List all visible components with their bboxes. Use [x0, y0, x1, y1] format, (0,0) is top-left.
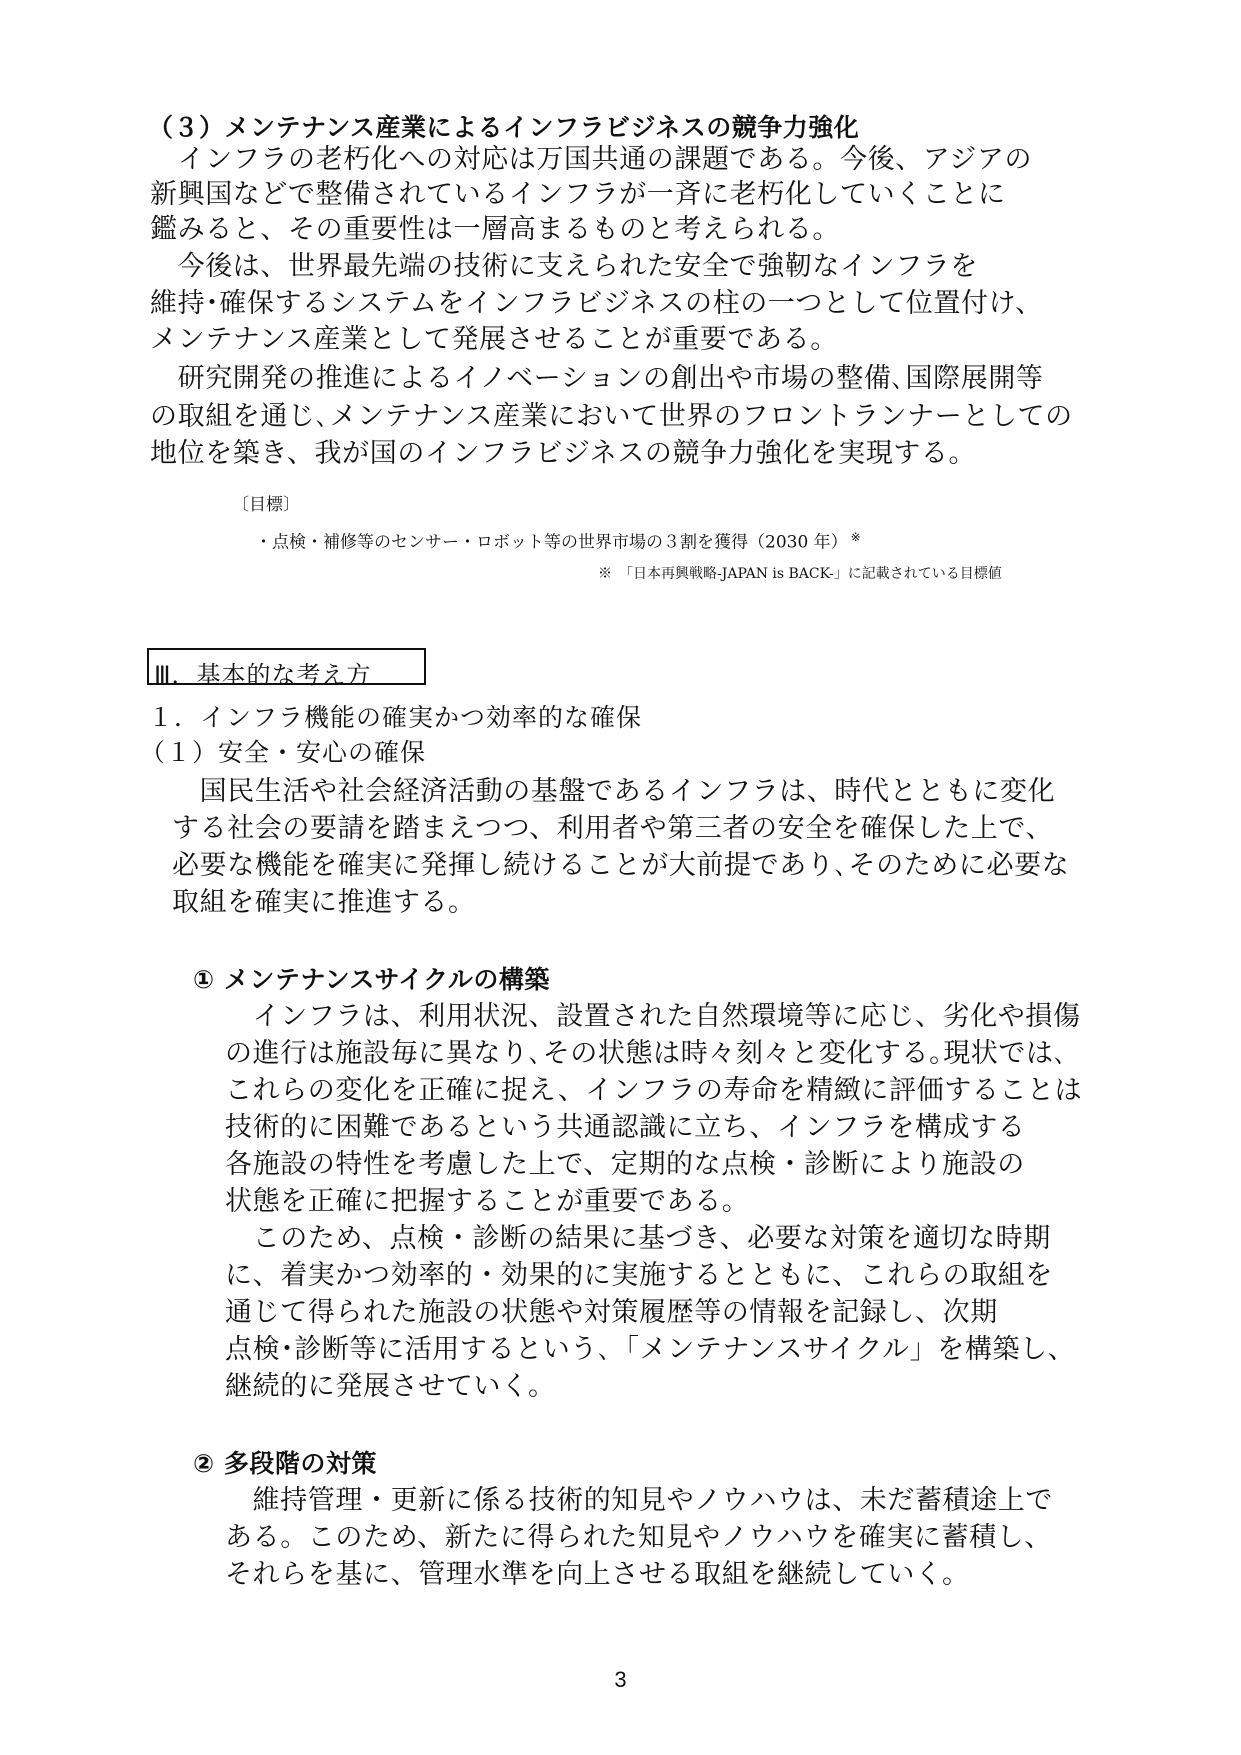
paragraph-line: 取組を確実に推進する。 [172, 889, 476, 916]
paragraph-line: 各施設の特性を考慮した上で、定期的な点検・診断により施設の [225, 1151, 1025, 1178]
paragraph-line: 技術的に困難であるという共通認識に立ち、インフラを構成する [225, 1114, 1025, 1141]
paragraph-line: 鑑みると、その重要性は一層高まるものと考えられる。 [150, 216, 840, 243]
paragraph-line: インフラは、利用状況、設置された自然環境等に応じ、劣化や損傷 [225, 1003, 1081, 1030]
chapter-title: Ⅲ．基本的な考え方 [154, 655, 372, 690]
paragraph-line: 地位を築き、我が国のインフラビジネスの競争力強化を実現する。 [150, 440, 976, 467]
footnote: ※ 「日本再興戦略-JAPAN is BACK-」に記載されている目標値 [598, 567, 1002, 581]
target-item-text: ・点検・補修等のセンサー・ロボット等の世界市場の３割を獲得（2030 年） [255, 533, 848, 553]
paragraph-line: 通じて得られた施設の状態や対策履歴等の情報を記録し、次期 [225, 1299, 998, 1326]
item-1-heading: （１）安全・安心の確保 [140, 740, 426, 765]
subsection-1-heading: １．インフラ機能の確実かつ効率的な確保 [148, 705, 642, 730]
paragraph-line: の進行は施設毎に異なり､その状態は時々刻々と変化する｡現状では､ [225, 1040, 1068, 1067]
paragraph-line: に、着実かつ効率的・効果的に実施するとともに、これらの取組を [225, 1262, 1053, 1289]
paragraph-line: 必要な機能を確実に発揮し続けることが大前提であり､そのために必要な [172, 852, 1069, 879]
paragraph-line: メンテナンス産業として発展させることが重要である。 [150, 326, 838, 353]
sub-item-2-heading: ② 多段階の対策 [193, 1451, 377, 1476]
paragraph-line: 点検･診断等に活用するという､「メンテナンスサイクル」を構築し、 [225, 1336, 1075, 1363]
footnote-mark: ※ [851, 530, 861, 544]
paragraph-line: 維持管理・更新に係る技術的知見やノウハウは、未だ蓄積途上で [225, 1487, 1053, 1514]
paragraph-line: 国民生活や社会経済活動の基盤であるインフラは、時代とともに変化 [172, 778, 1055, 805]
document-page: （３）メンテナンス産業によるインフラビジネスの競争力強化 インフラの老朽化への対… [0, 0, 1241, 1755]
paragraph-line: 継続的に発展させていく。 [225, 1373, 556, 1400]
paragraph-line: 維持･確保するシステムをインフラビジネスの柱の一つとして位置付け、 [150, 290, 1043, 317]
paragraph-line: 状態を正確に把握することが重要である。 [225, 1188, 749, 1215]
paragraph-line: 研究開発の推進によるイノベーションの創出や市場の整備､国際展開等 [150, 365, 1044, 392]
paragraph-line: する社会の要請を踏まえつつ、利用者や第三者の安全を確保した上で、 [172, 815, 1053, 842]
paragraph-line: 新興国などで整備されているインフラが一斉に老朽化していくことに [150, 181, 1006, 208]
page-number: 3 [0, 1667, 1241, 1693]
section-3-heading: （３）メンテナンス産業によるインフラビジネスの競争力強化 [148, 115, 859, 140]
paragraph-line: このため、点検・診断の結果に基づき、必要な対策を適切な時期 [225, 1225, 1051, 1252]
sub-item-1-heading: ① メンテナンスサイクルの構築 [193, 967, 550, 992]
paragraph-line: これらの変化を正確に捉え、インフラの寿命を精緻に評価することは [225, 1077, 1082, 1104]
paragraph-line: それらを基に、管理水準を向上させる取組を継続していく。 [225, 1561, 970, 1588]
paragraph-line: ある。このため、新たに得られた知見やノウハウを確実に蓄積し、 [225, 1524, 1052, 1551]
paragraph-line: の取組を通じ､メンテナンス産業において世界のフロントランナーとしての [150, 403, 1073, 430]
paragraph-line: 今後は、世界最先端の技術に支えられた安全で強靭なインフラを [150, 253, 978, 280]
target-label: 〔目標〕 [232, 497, 300, 514]
chapter-title-box: Ⅲ．基本的な考え方 [147, 648, 426, 685]
paragraph-line: インフラの老朽化への対応は万国共通の課題である。今後、アジアの [150, 146, 1032, 173]
target-item: ・点検・補修等のセンサー・ロボット等の世界市場の３割を獲得（2030 年）※ [255, 531, 861, 552]
